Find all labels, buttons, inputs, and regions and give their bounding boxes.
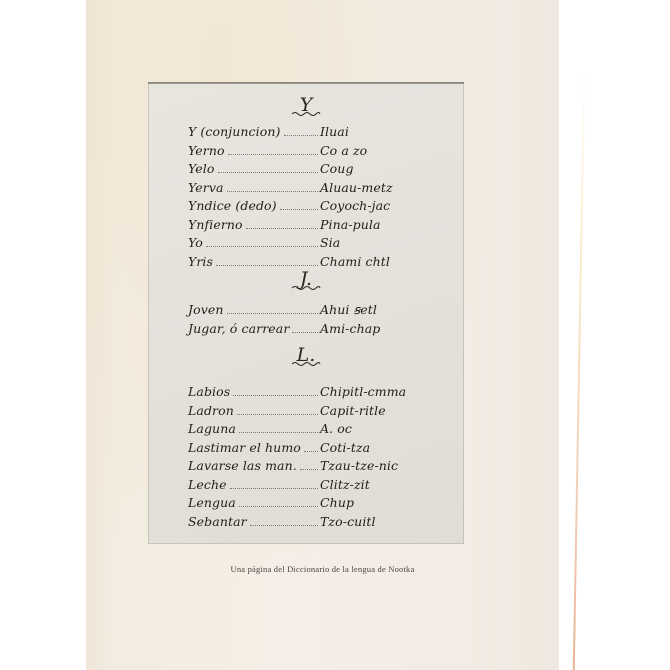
section-heading-j: J. [148,268,464,290]
nootka-word: Tzo-cuitl [320,514,438,529]
nootka-word: Coyoch-jac [320,198,438,213]
nootka-word: Tzau-tze-nic [320,458,438,473]
leader-dots [237,414,318,415]
nootka-word: Coug [320,161,438,176]
spanish-word: Joven [188,302,224,317]
leader-dots [239,432,318,433]
entry-row: LenguaChup [188,495,438,514]
spanish-word: Yerno [188,143,225,158]
nootka-word: Chami chtl [320,254,438,269]
section-heading-l: L. [148,344,464,366]
entry-row: YoSia [188,235,438,254]
leader-dots [304,451,318,452]
spanish-word: Yo [188,235,203,250]
spanish-word: Leche [188,477,227,492]
spanish-word: Lavarse las man. [188,458,297,473]
nootka-word: Ahui ꞩetl [320,302,438,317]
nootka-word: Co a zo [320,143,438,158]
nootka-word: Aluau-metz [320,180,438,195]
entry-row: YeloCoug [188,161,438,180]
entry-row: YernoCo a zo [188,143,438,162]
entry-row: JovenAhui ꞩetl [188,302,438,321]
leader-dots [246,228,318,229]
leader-dots [250,525,318,526]
entry-row: Y (conjuncion)Iluai [188,124,438,143]
spanish-word: Lengua [188,495,236,510]
leader-dots [228,154,318,155]
entry-list-y: Y (conjuncion)Iluai YernoCo a zo YeloCou… [188,124,438,272]
nootka-word: Sia [320,235,438,250]
spanish-word: Lastimar el humo [188,440,301,455]
leader-dots [239,506,318,507]
leader-dots [218,172,319,173]
nootka-word: Chipitl-cmma [320,384,438,399]
section-heading-y: Y [148,94,464,116]
back-page-edge [573,70,585,670]
leader-dots [230,488,318,489]
spanish-word: Laguna [188,421,236,436]
entry-list-l: LabiosChipitl-cmma LadronCapit-ritle Lag… [188,384,438,532]
nootka-word: Iluai [320,124,438,139]
entry-list-j: JovenAhui ꞩetl Jugar, ó carrearAmi-chap [188,302,438,339]
manuscript-plate: Y Y (conjuncion)Iluai YernoCo a zo YeloC… [148,82,464,544]
leader-dots [300,469,318,470]
leader-dots [227,313,318,314]
spanish-word: Ladron [188,403,234,418]
entry-row: SebantarTzo-cuitl [188,514,438,533]
leader-dots [216,265,318,266]
leader-dots [284,135,318,136]
entry-row: Jugar, ó carrearAmi-chap [188,321,438,340]
spanish-word: Yelo [188,161,215,176]
entry-row: YnfiernoPina-pula [188,217,438,236]
nootka-word: Coti-tza [320,440,438,455]
nootka-word: Ami-chap [320,321,438,336]
spanish-word: Labios [188,384,230,399]
spanish-word: Jugar, ó carrear [188,321,289,336]
spanish-word: Yndice (dedo) [188,198,277,213]
entry-row: Yndice (dedo)Coyoch-jac [188,198,438,217]
entry-row: YervaAluau-metz [188,180,438,199]
plate-caption: Una página del Diccionario de la lengua … [86,564,559,574]
spanish-word: Yris [188,254,213,269]
nootka-word: Clitz-zit [320,477,438,492]
spanish-word: Ynfierno [188,217,243,232]
book-page: Y Y (conjuncion)Iluai YernoCo a zo YeloC… [86,0,559,670]
entry-row: LecheClitz-zit [188,477,438,496]
entry-row: Lavarse las man.Tzau-tze-nic [188,458,438,477]
spanish-word: Y (conjuncion) [188,124,281,139]
leader-dots [280,209,318,210]
nootka-word: Capit-ritle [320,403,438,418]
leader-dots [233,395,318,396]
spanish-word: Yerva [188,180,224,195]
spanish-word: Sebantar [188,514,247,529]
leader-dots [292,332,318,333]
leader-dots [227,191,318,192]
entry-row: LagunaA. oc [188,421,438,440]
entry-row: Lastimar el humoCoti-tza [188,440,438,459]
nootka-word: Pina-pula [320,217,438,232]
nootka-word: Chup [320,495,438,510]
entry-row: LadronCapit-ritle [188,403,438,422]
scan-background: Y Y (conjuncion)Iluai YernoCo a zo YeloC… [0,0,670,670]
entry-row: LabiosChipitl-cmma [188,384,438,403]
nootka-word: A. oc [320,421,438,436]
leader-dots [206,246,318,247]
